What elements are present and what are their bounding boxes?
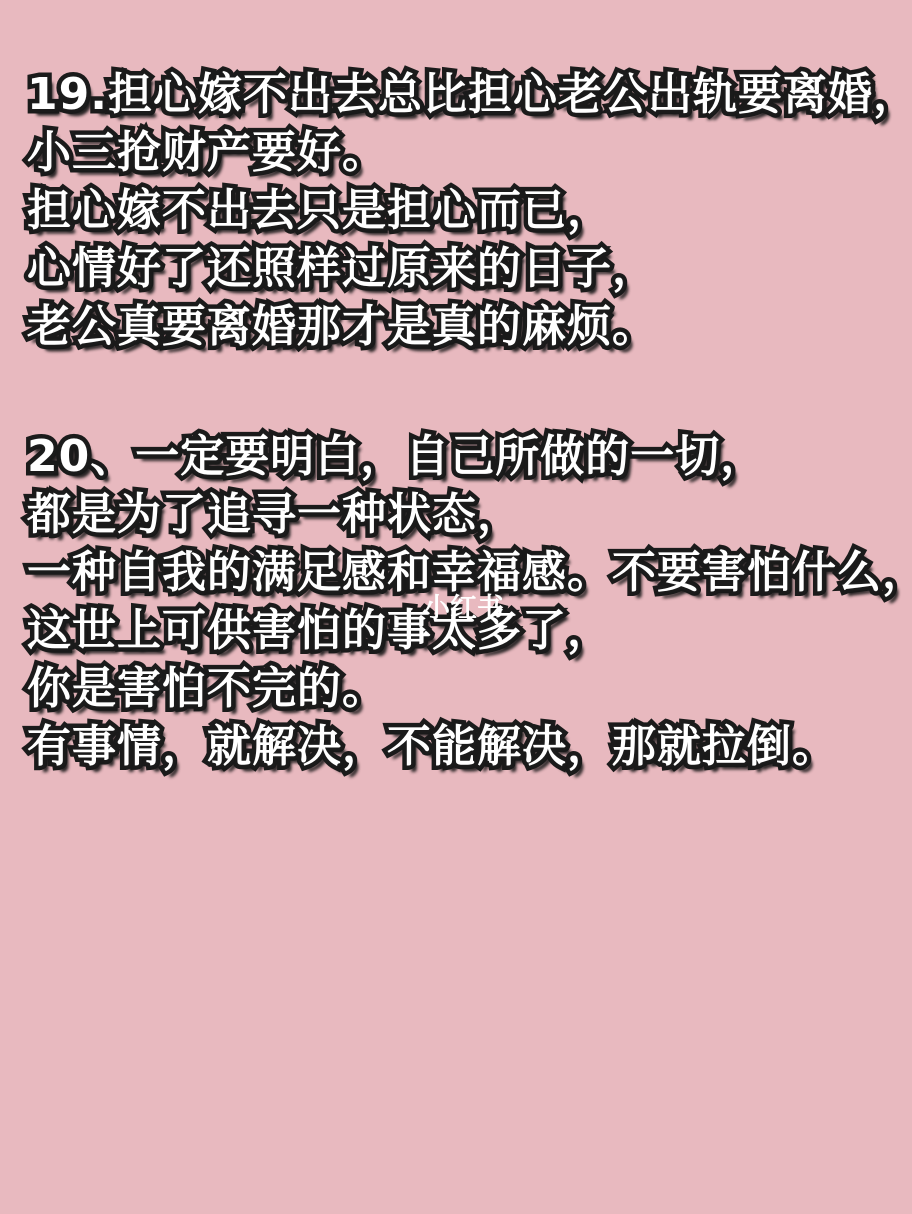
- quote-19-line-2: 小三抢财产要好。: [27, 124, 902, 182]
- quote-20-line-6: 有事情，就解决，不能解决，那就拉倒。: [27, 718, 902, 776]
- quote-card: { "page": { "background_color": "#e8b9bf…: [0, 0, 912, 1214]
- quote-20-line-1: 20、一定要明白，自己所做的一切，: [27, 428, 902, 486]
- quote-19-line-3: 担心嫁不出去只是担心而已，: [27, 182, 902, 240]
- quote-section-19: 19.担心嫁不出去总比担心老公出轨要离婚， 小三抢财产要好。 担心嫁不出去只是担…: [27, 66, 902, 356]
- text-content: 19.担心嫁不出去总比担心老公出轨要离婚， 小三抢财产要好。 担心嫁不出去只是担…: [27, 66, 902, 776]
- quote-19-line-5: 老公真要离婚那才是真的麻烦。: [27, 298, 902, 356]
- quote-19-line-1: 19.担心嫁不出去总比担心老公出轨要离婚，: [27, 66, 902, 124]
- quote-19-line-4: 心情好了还照样过原来的日子，: [27, 240, 902, 298]
- xiaohongshu-watermark: 小红书: [423, 586, 504, 625]
- quote-20-line-5: 你是害怕不完的。: [27, 660, 902, 718]
- quote-20-line-2: 都是为了追寻一种状态，: [27, 486, 902, 544]
